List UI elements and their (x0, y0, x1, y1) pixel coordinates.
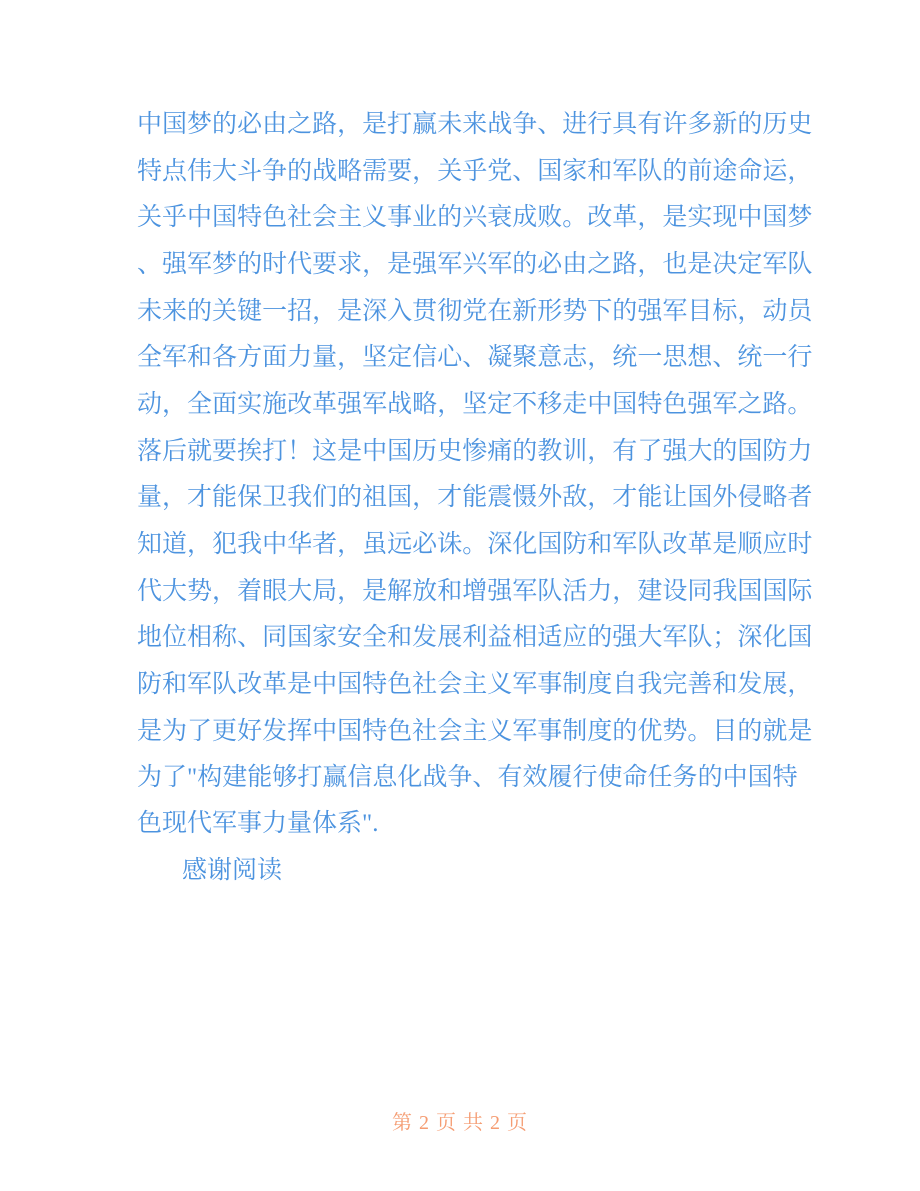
text-line: 地位相称、同国家安全和发展利益相适应的强大军队；深化国 (137, 615, 793, 662)
text-line: 知道，犯我中华者，虽远必诛。深化国防和军队改革是顺应时 (137, 521, 793, 568)
document-page: 中国梦的必由之路，是打赢未来战争、进行具有许多新的历史 特点伟大斗争的战略需要，… (0, 0, 920, 1191)
text-line: 量，才能保卫我们的祖国，才能震慑外敌，才能让国外侵略者 (137, 475, 793, 522)
text-line: 动，全面实施改革强军战略，坚定不移走中国特色强军之路。 (137, 381, 793, 428)
body-text: 中国梦的必由之路，是打赢未来战争、进行具有许多新的历史 特点伟大斗争的战略需要，… (137, 101, 793, 895)
text-line: 中国梦的必由之路，是打赢未来战争、进行具有许多新的历史 (137, 101, 793, 148)
text-line: 是为了更好发挥中国特色社会主义军事制度的优势。目的就是 (137, 708, 793, 755)
text-line: 关乎中国特色社会主义事业的兴衰成败。改革，是实现中国梦 (137, 194, 793, 241)
text-line: 特点伟大斗争的战略需要，关乎党、国家和军队的前途命运， (137, 148, 793, 195)
text-line: 代大势，着眼大局，是解放和增强军队活力，建设同我国国际 (137, 568, 793, 615)
text-line: 为了"构建能够打赢信息化战争、有效履行使命任务的中国特 (137, 755, 793, 802)
text-line: 落后就要挨打！这是中国历史惨痛的教训，有了强大的国防力 (137, 428, 793, 475)
text-line: 全军和各方面力量，坚定信心、凝聚意志，统一思想、统一行 (137, 334, 793, 381)
text-line: 、强军梦的时代要求，是强军兴军的必由之路，也是决定军队 (137, 241, 793, 288)
text-line: 未来的关键一招，是深入贯彻党在新形势下的强军目标，动员 (137, 288, 793, 335)
page-number-label: 第 2 页 共 2 页 (392, 1112, 528, 1134)
text-line: 色现代军事力量体系". (137, 801, 793, 848)
page-footer: 第 2 页 共 2 页 (0, 1110, 920, 1136)
thanks-line: 感谢阅读 (137, 848, 793, 895)
text-line: 防和军队改革是中国特色社会主义军事制度自我完善和发展， (137, 661, 793, 708)
